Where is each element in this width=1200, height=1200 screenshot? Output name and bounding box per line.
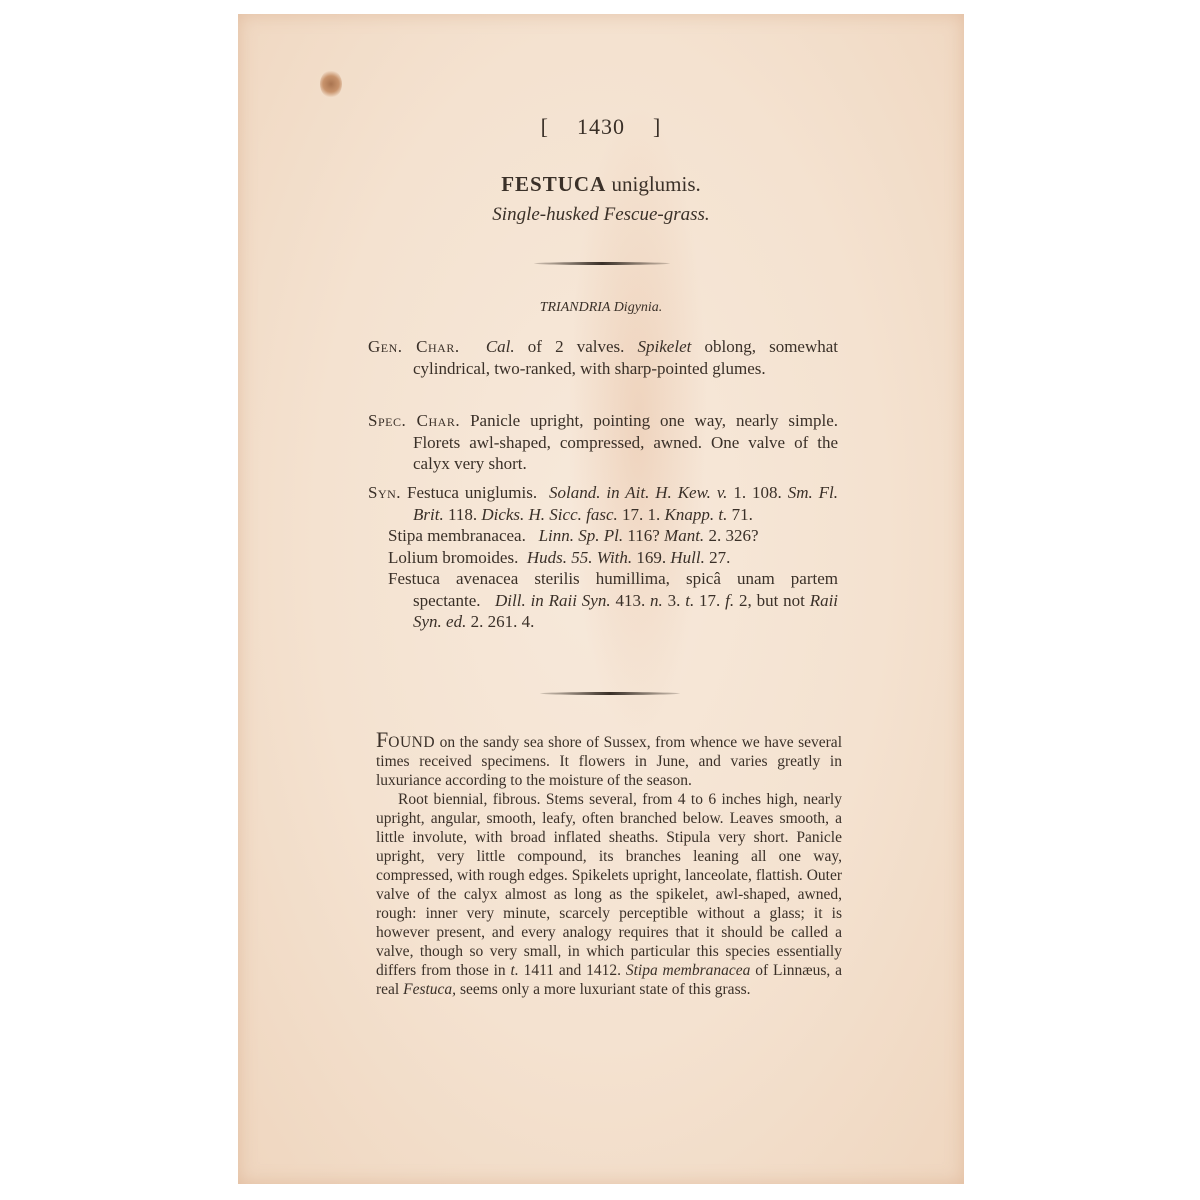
habitat-paragraph: FOUND on the sandy sea shore of Sussex, …: [376, 730, 842, 790]
gen-char-label: Gen. Char.: [368, 337, 460, 356]
specific-character: Spec. Char. Panicle upright, pointing on…: [368, 410, 838, 475]
title-genus: FESTUCA: [501, 172, 606, 196]
ornamental-rule: [540, 692, 680, 695]
synonyms: Syn. Festuca uniglumis. Soland. in Ait. …: [368, 482, 838, 633]
morphology-paragraph: Root biennial, fibrous. Stems several, f…: [376, 790, 842, 999]
spec-char-label: Spec. Char.: [368, 411, 460, 430]
synonym-entry: Syn. Festuca uniglumis. Soland. in Ait. …: [368, 482, 838, 525]
title-species: uniglumis.: [612, 172, 701, 196]
synonym-entry: Festuca avenacea sterilis humillima, spi…: [368, 568, 838, 633]
syn-label: Syn.: [368, 483, 401, 502]
drop-cap: F: [376, 727, 388, 752]
classification: TRIANDRIA Digynia.: [238, 300, 964, 316]
book-page: [1430] FESTUCA uniglumis. Single-husked …: [238, 14, 964, 1184]
page-title: FESTUCA uniglumis.: [238, 172, 964, 197]
generic-character: Gen. Char. Cal. of 2 valves. Spikelet ob…: [368, 336, 838, 379]
synonym-entry: Lolium bromoides. Huds. 55. With. 169. H…: [368, 547, 838, 569]
common-name: Single-husked Fescue-grass.: [238, 204, 964, 226]
page-number: [1430]: [238, 114, 964, 140]
description: FOUND on the sandy sea shore of Sussex, …: [376, 730, 842, 999]
synonym-entry: Stipa membranacea. Linn. Sp. Pl. 116? Ma…: [368, 525, 838, 547]
paper-stain: [320, 70, 342, 98]
ornamental-rule: [534, 262, 670, 265]
page-number-value: 1430: [577, 114, 625, 139]
